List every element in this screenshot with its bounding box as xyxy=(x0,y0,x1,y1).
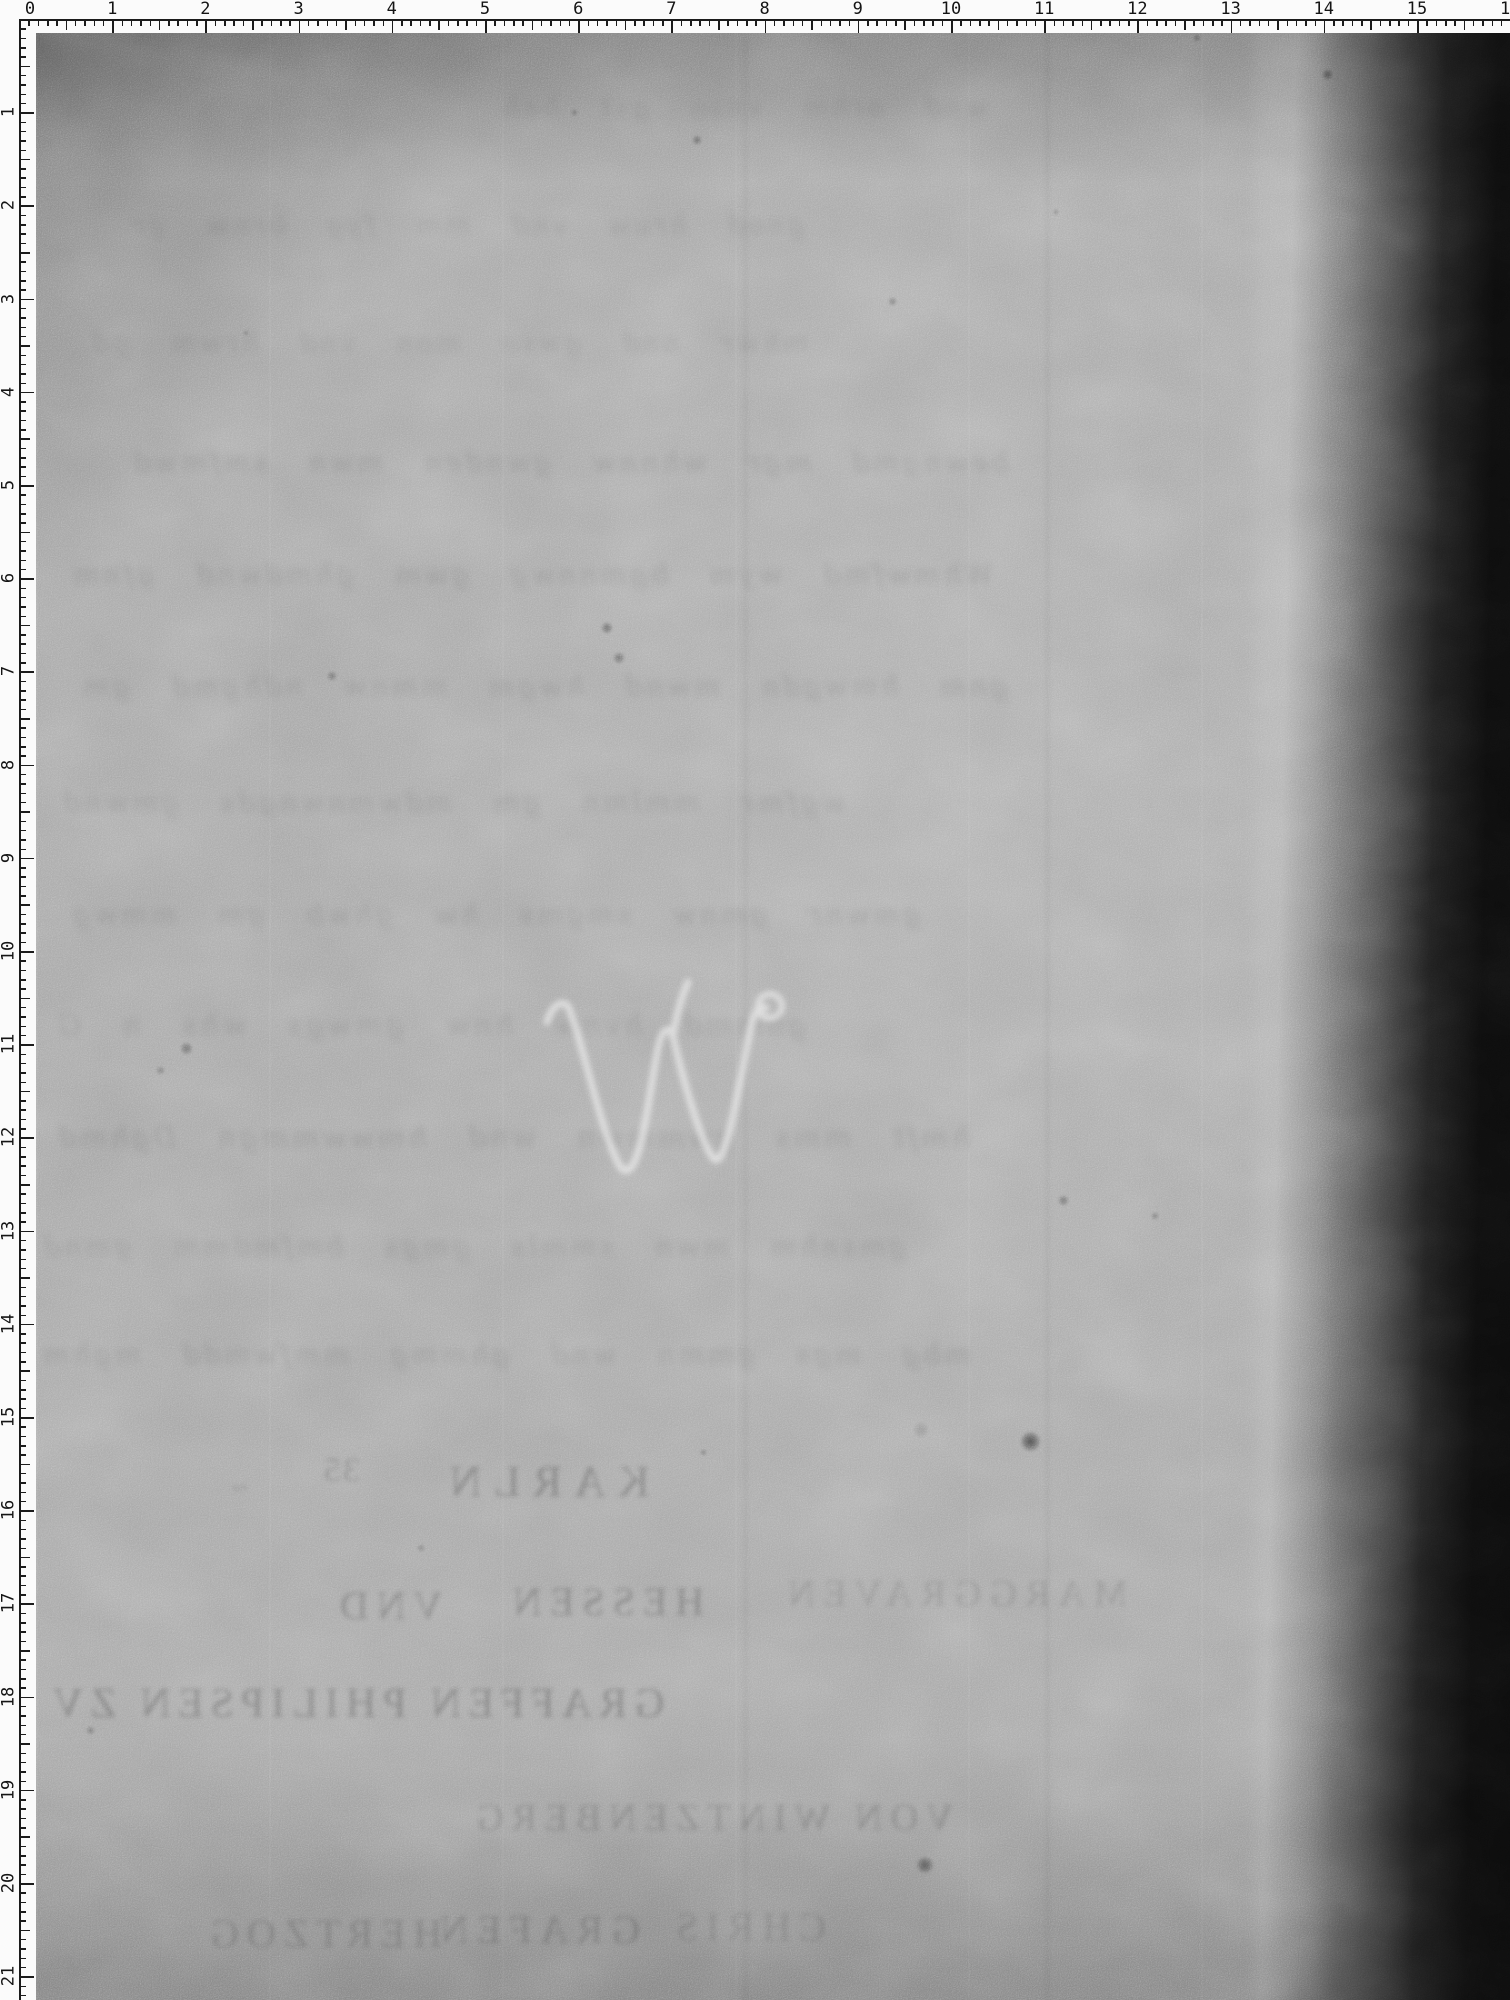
ruler-tick xyxy=(494,19,496,26)
ruler-tick xyxy=(19,1734,26,1736)
ruler-tick xyxy=(19,1156,26,1158)
ruler-tick xyxy=(1240,19,1242,26)
ruler-tick xyxy=(19,1557,30,1559)
ruler-tick xyxy=(19,895,26,897)
ruler-tick xyxy=(205,19,207,34)
ruler-tick xyxy=(308,19,310,26)
ruler-tick xyxy=(1352,19,1354,26)
ruler-tick xyxy=(196,19,198,26)
ruler-label: 1 xyxy=(1,107,18,117)
ruler-tick xyxy=(485,19,487,34)
ruler-tick xyxy=(19,1883,34,1885)
ruler-tick xyxy=(19,420,26,422)
ruler-tick xyxy=(19,1259,26,1261)
ruler-tick xyxy=(19,466,26,468)
ruler-tick xyxy=(47,19,49,26)
ruler-tick xyxy=(327,19,329,26)
ruler-tick xyxy=(19,1370,30,1372)
ruler-tick xyxy=(19,47,26,49)
ruler-tick xyxy=(177,19,179,26)
ruler-tick xyxy=(19,1958,26,1960)
ruler-tick xyxy=(19,1790,34,1792)
ruler-tick xyxy=(19,1594,26,1596)
ruler-label: 16 xyxy=(1,1500,18,1520)
ruler-tick xyxy=(19,1287,26,1289)
ruler-tick xyxy=(19,1948,26,1950)
ruler-tick xyxy=(19,1510,34,1512)
ruler-tick xyxy=(19,1016,26,1018)
ruler-tick xyxy=(19,737,26,739)
ruler-tick xyxy=(19,1808,26,1810)
ruler-tick xyxy=(224,19,226,26)
ruler-tick xyxy=(19,951,34,953)
ruler-tick xyxy=(569,19,571,26)
ruler-tick xyxy=(19,429,26,431)
ruler-label: 3 xyxy=(1,293,18,303)
ruler-tick xyxy=(19,448,26,450)
ruler-tick xyxy=(19,653,26,655)
ruler-tick xyxy=(19,1147,26,1149)
ruler-tick xyxy=(1398,19,1400,26)
ruler-tick xyxy=(588,19,590,26)
ruler-tick xyxy=(737,19,739,26)
ruler-tick xyxy=(1296,19,1298,26)
ruler-tick xyxy=(1342,19,1344,26)
ruler-tick xyxy=(1082,19,1084,26)
ruler-tick xyxy=(19,522,26,524)
ruler-tick xyxy=(19,1669,26,1671)
ruler-tick xyxy=(19,1520,26,1522)
ruler-tick xyxy=(19,1501,26,1503)
ruler-tick xyxy=(19,718,30,720)
ruler-tick xyxy=(19,793,26,795)
ruler-tick xyxy=(19,1976,34,1978)
ruler-label: 10 xyxy=(1,941,18,961)
ruler-label: 6 xyxy=(1,573,18,583)
ruler-tick xyxy=(849,19,851,26)
ruler-tick xyxy=(19,131,26,133)
ruler-tick xyxy=(19,849,26,851)
ruler-tick xyxy=(438,19,440,30)
ruler-tick xyxy=(19,1436,26,1438)
ruler-tick xyxy=(616,19,618,26)
ruler-tick xyxy=(1370,19,1372,30)
ruler-tick xyxy=(56,19,58,26)
ruler-tick xyxy=(1417,19,1419,34)
ruler-tick xyxy=(765,19,767,34)
ruler-label: 13 xyxy=(1,1220,18,1240)
ruler-tick xyxy=(19,1995,26,1997)
ruler-tick xyxy=(643,19,645,26)
ruler-tick xyxy=(1221,19,1223,26)
ruler-tick xyxy=(19,1305,26,1307)
ruler-tick xyxy=(215,19,217,26)
ruler-tick xyxy=(532,19,534,30)
ruler-tick xyxy=(19,1380,26,1382)
ruler-tick xyxy=(19,1082,26,1084)
ruler-tick xyxy=(19,1296,26,1298)
ruler-tick xyxy=(19,1827,26,1829)
ruler-tick xyxy=(19,122,26,124)
ruler-tick xyxy=(681,19,683,26)
ruler-tick xyxy=(1361,19,1363,26)
ruler-tick xyxy=(19,727,26,729)
ruler-tick xyxy=(876,19,878,26)
ruler-tick xyxy=(19,1818,26,1820)
ruler-tick xyxy=(317,19,319,26)
ruler-tick xyxy=(19,373,26,375)
ruler-tick xyxy=(1072,19,1074,26)
ruler-tick xyxy=(19,66,30,68)
ruler-tick xyxy=(355,19,357,26)
ruler-tick xyxy=(19,187,26,189)
ruler-tick xyxy=(19,802,26,804)
ruler-tick xyxy=(19,299,34,301)
ruler-tick xyxy=(373,19,375,26)
ruler-tick xyxy=(19,150,26,152)
ruler-tick xyxy=(1436,19,1438,26)
ruler-tick xyxy=(243,19,245,26)
ruler-tick xyxy=(187,19,189,26)
ruler-tick xyxy=(560,19,562,26)
ruler-tick xyxy=(19,1864,26,1866)
ruler-tick xyxy=(19,177,26,179)
ruler-tick xyxy=(19,485,34,487)
ruler-tick xyxy=(988,19,990,26)
ruler-tick xyxy=(19,410,26,412)
ruler-tick xyxy=(783,19,785,26)
ruler-tick xyxy=(19,1706,26,1708)
ruler-tick xyxy=(19,1566,26,1568)
ruler-tick xyxy=(755,19,757,26)
ruler-tick xyxy=(466,19,468,26)
ruler-tick xyxy=(895,19,897,26)
ruler-tick xyxy=(19,1137,34,1139)
ruler-tick xyxy=(19,233,26,235)
ruler-tick xyxy=(19,1930,30,1932)
ruler-tick xyxy=(19,942,26,944)
ruler-label: 21 xyxy=(1,1966,18,1986)
ruler-tick xyxy=(19,1715,26,1717)
ruler-tick xyxy=(19,336,26,338)
ruler-tick xyxy=(345,19,347,30)
ruler-tick xyxy=(19,1417,34,1419)
ruler-tick xyxy=(19,364,26,366)
ruler-tick xyxy=(19,1426,26,1428)
ruler-tick xyxy=(19,1007,26,1009)
ruler-tick xyxy=(19,159,30,161)
ruler-tick xyxy=(1175,19,1177,26)
ruler-tick xyxy=(839,19,841,26)
ruler-tick xyxy=(1501,19,1503,26)
ruler-tick xyxy=(84,19,86,26)
ruler-tick xyxy=(19,867,26,869)
ruler-tick xyxy=(19,709,26,711)
ruler-tick xyxy=(793,19,795,26)
ruler-tick xyxy=(19,355,26,357)
ruler-tick xyxy=(19,616,26,618)
ruler-tick xyxy=(19,1221,26,1223)
ruler-tick xyxy=(1454,19,1456,26)
ruler-tick xyxy=(19,1836,30,1838)
ruler-tick xyxy=(19,1575,26,1577)
ruler-tick xyxy=(19,1874,26,1876)
ruler-tick xyxy=(19,1538,26,1540)
ruler-tick xyxy=(19,541,26,543)
ruler-tick xyxy=(383,19,385,26)
ruler-label: 16 xyxy=(1500,1,1510,18)
ruler-tick xyxy=(19,28,26,30)
ruler-label: 3 xyxy=(293,1,303,18)
ruler-tick xyxy=(513,19,515,26)
ruler-tick xyxy=(960,19,962,26)
ruler-tick xyxy=(19,1846,26,1848)
ruler-tick xyxy=(1249,19,1251,26)
ruler-tick xyxy=(19,1352,26,1354)
ruler-tick xyxy=(94,19,96,26)
ruler-tick xyxy=(550,19,552,26)
ruler-tick xyxy=(718,19,720,30)
ruler-tick xyxy=(19,1641,26,1643)
ruler-tick xyxy=(19,1855,26,1857)
ruler-tick xyxy=(299,19,301,34)
ruler-label: 4 xyxy=(387,1,397,18)
ruler-tick xyxy=(802,19,804,26)
ruler-tick xyxy=(19,1762,26,1764)
ruler-tick xyxy=(19,1687,26,1689)
ruler-tick xyxy=(1044,19,1046,34)
ruler-label: 0 xyxy=(25,1,35,18)
ruler-tick xyxy=(19,1315,26,1317)
ruler-tick xyxy=(19,289,26,291)
ruler-tick xyxy=(653,19,655,26)
ruler-tick xyxy=(19,765,34,767)
ruler-tick xyxy=(19,839,26,841)
ruler-tick xyxy=(597,19,599,26)
ruler-tick xyxy=(19,1342,26,1344)
ruler-tick xyxy=(1007,19,1009,26)
ruler-tick xyxy=(1389,19,1391,26)
ruler-tick xyxy=(19,1613,26,1615)
film-grain-texture xyxy=(36,33,1510,2000)
ruler-tick xyxy=(19,1939,26,1941)
ruler-tick xyxy=(19,1725,26,1727)
ruler-tick xyxy=(19,196,26,198)
ruler-tick xyxy=(19,1035,26,1037)
ruler-tick xyxy=(19,252,30,254)
ruler-tick xyxy=(19,1277,30,1279)
ruler-tick xyxy=(19,476,26,478)
ruler-tick xyxy=(19,94,26,96)
ruler-tick xyxy=(19,457,26,459)
ruler-tick xyxy=(19,1231,34,1233)
ruler-tick xyxy=(364,19,366,26)
ruler-tick xyxy=(19,1193,26,1195)
ruler-tick xyxy=(19,1044,34,1046)
ruler-tick xyxy=(858,19,860,34)
ruler-tick xyxy=(19,1659,26,1661)
ruler-tick xyxy=(457,19,459,26)
ruler-label: 12 xyxy=(1,1127,18,1147)
ruler-tick xyxy=(19,1333,26,1335)
ruler-tick xyxy=(1231,19,1233,34)
ruler-tick xyxy=(19,597,26,599)
ruler-label: 4 xyxy=(1,387,18,397)
ruler-tick xyxy=(19,75,26,77)
ruler-tick xyxy=(19,84,26,86)
ruler-tick xyxy=(19,1753,26,1755)
ruler-tick xyxy=(19,1324,34,1326)
ruler-tick xyxy=(774,19,776,26)
ruler-tick xyxy=(1137,19,1139,34)
ruler-tick xyxy=(690,19,692,26)
ruler-tick xyxy=(1193,19,1195,26)
ruler-tick xyxy=(1212,19,1214,26)
left-ruler-baseline xyxy=(19,19,21,2000)
ruler-label: 12 xyxy=(1127,1,1147,18)
ruler-tick xyxy=(19,811,30,813)
ruler-tick xyxy=(19,1389,26,1391)
ruler-label: 9 xyxy=(1,853,18,863)
ruler-tick xyxy=(606,19,608,26)
ruler-tick xyxy=(1426,19,1428,26)
ruler-tick xyxy=(19,1986,26,1988)
ruler-tick xyxy=(19,401,26,403)
ruler-tick xyxy=(19,327,26,329)
ruler-tick xyxy=(19,308,26,310)
ruler-tick xyxy=(392,19,394,34)
ruler-tick xyxy=(923,19,925,26)
ruler-tick xyxy=(746,19,748,26)
ruler-tick xyxy=(19,1184,30,1186)
ruler-tick xyxy=(252,19,254,30)
ruler-tick xyxy=(159,19,161,30)
ruler-tick xyxy=(19,960,26,962)
ruler-tick xyxy=(19,513,26,515)
ruler-tick xyxy=(19,923,26,925)
ruler-label: 15 xyxy=(1,1407,18,1427)
ruler-tick xyxy=(19,243,26,245)
ruler-tick xyxy=(19,1119,26,1121)
ruler-tick xyxy=(1109,19,1111,26)
ruler-tick xyxy=(970,19,972,26)
ruler-tick xyxy=(19,1109,26,1111)
ruler-tick xyxy=(19,168,26,170)
ruler-label: 13 xyxy=(1220,1,1240,18)
ruler-tick xyxy=(103,19,105,26)
ruler-tick xyxy=(19,1967,26,1969)
ruler-tick xyxy=(19,1203,26,1205)
ruler-tick xyxy=(1203,19,1205,26)
ruler-tick xyxy=(280,19,282,26)
ruler-label: 8 xyxy=(1,759,18,769)
ruler-tick xyxy=(1156,19,1158,26)
ruler-tick xyxy=(1091,19,1093,30)
ruler-tick xyxy=(410,19,412,26)
ruler-tick xyxy=(19,886,26,888)
ruler-tick xyxy=(19,1492,26,1494)
ruler-tick xyxy=(19,1240,26,1242)
ruler-tick xyxy=(19,1128,26,1130)
ruler-tick xyxy=(1054,19,1056,26)
ruler-tick xyxy=(1259,19,1261,26)
ruler-tick xyxy=(19,662,26,664)
ruler-label: 2 xyxy=(1,200,18,210)
ruler-label: 14 xyxy=(1,1314,18,1334)
ruler-label: 11 xyxy=(1034,1,1054,18)
ruler-tick xyxy=(19,560,26,562)
ruler-tick xyxy=(19,1678,26,1680)
ruler-tick xyxy=(420,19,422,26)
ruler-tick xyxy=(1482,19,1484,26)
ruler-tick xyxy=(19,271,26,273)
ruler-label: 11 xyxy=(1,1034,18,1054)
ruler-tick xyxy=(19,774,26,776)
ruler-tick xyxy=(625,19,627,30)
ruler-tick xyxy=(19,1072,26,1074)
ruler-label: 10 xyxy=(941,1,961,18)
ruler-label: 7 xyxy=(666,1,676,18)
ruler-tick xyxy=(19,1548,26,1550)
ruler-label: 9 xyxy=(853,1,863,18)
ruler-tick xyxy=(233,19,235,26)
ruler-tick xyxy=(19,38,26,40)
ruler-tick xyxy=(19,876,26,878)
ruler-label: 6 xyxy=(573,1,583,18)
ruler-tick xyxy=(140,19,142,26)
ruler-tick xyxy=(1324,19,1326,34)
ruler-tick xyxy=(19,979,26,981)
ruler-tick xyxy=(19,625,30,627)
ruler-tick xyxy=(522,19,524,26)
ruler-tick xyxy=(830,19,832,26)
ruler-tick xyxy=(112,19,114,34)
ruler-label: 18 xyxy=(1,1686,18,1706)
ruler-tick xyxy=(122,19,124,26)
ruler-tick xyxy=(19,634,26,636)
ruler-label: 15 xyxy=(1407,1,1427,18)
ruler-tick xyxy=(1184,19,1186,30)
ruler-tick xyxy=(1277,19,1279,30)
ruler-tick xyxy=(1380,19,1382,26)
ruler-label: 5 xyxy=(480,1,490,18)
ruler-tick xyxy=(19,392,34,394)
ruler-label: 8 xyxy=(759,1,769,18)
ruler-tick xyxy=(19,1026,26,1028)
ruler-tick xyxy=(942,19,944,26)
ruler-tick xyxy=(811,19,813,30)
ruler-tick xyxy=(19,1911,26,1913)
ruler-tick xyxy=(671,19,673,34)
ruler-tick xyxy=(19,317,26,319)
ruler-tick xyxy=(19,1799,26,1801)
ruler-tick xyxy=(19,699,26,701)
ruler-tick xyxy=(699,19,701,26)
ruler-tick xyxy=(19,1100,26,1102)
ruler-tick xyxy=(904,19,906,30)
ruler-tick xyxy=(1287,19,1289,26)
ruler-tick xyxy=(1119,19,1121,26)
ruler-tick xyxy=(634,19,636,26)
ruler-tick xyxy=(429,19,431,26)
ruler-tick xyxy=(261,19,263,26)
ruler-tick xyxy=(867,19,869,26)
ruler-label: 7 xyxy=(1,666,18,676)
ruler-tick xyxy=(19,215,26,217)
ruler-tick xyxy=(19,1529,26,1531)
ruler-tick xyxy=(19,830,26,832)
ruler-tick xyxy=(19,19,21,34)
